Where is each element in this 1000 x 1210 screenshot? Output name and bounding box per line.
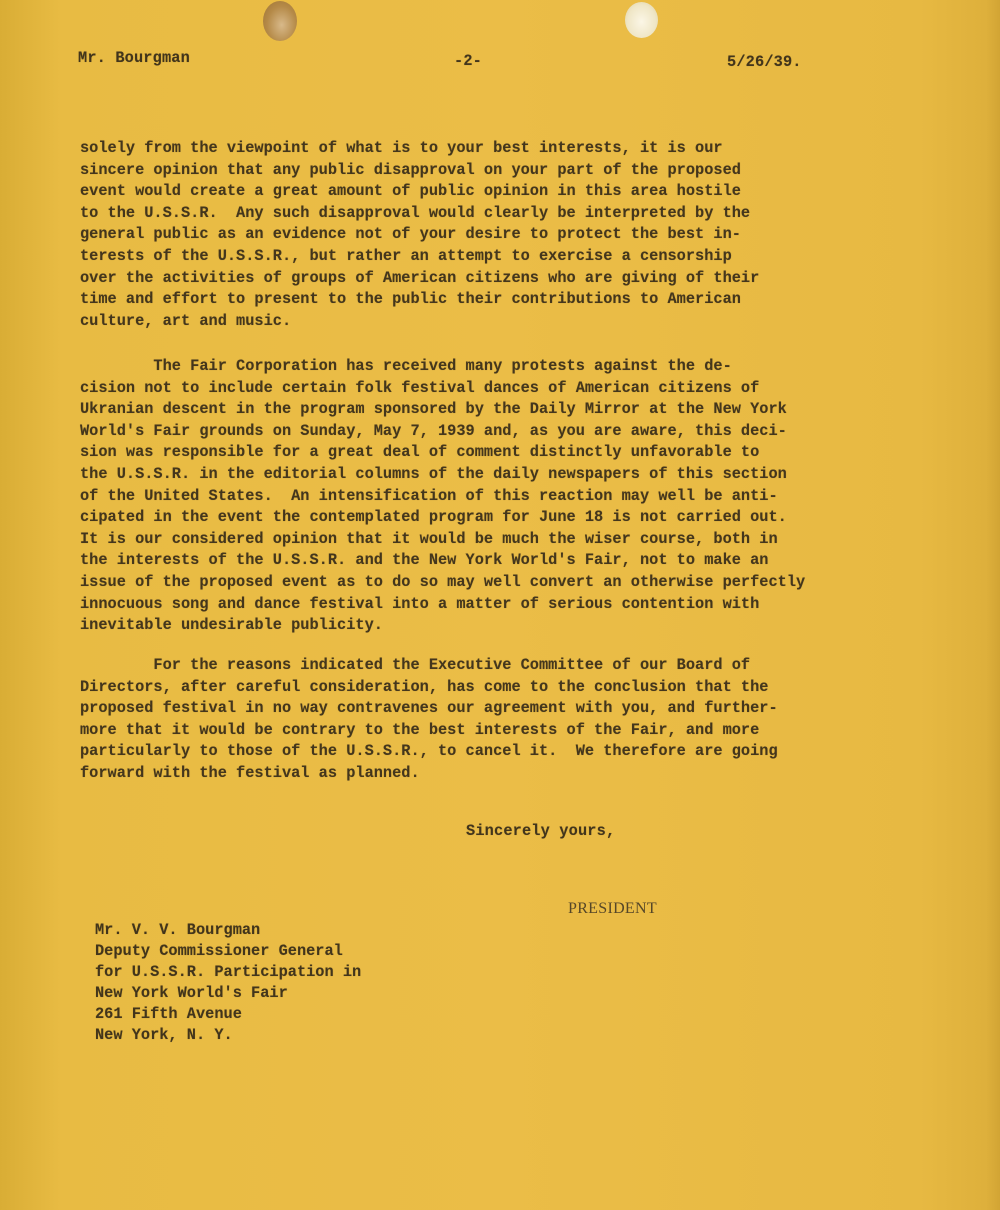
text-line: time and effort to present to the public… bbox=[80, 289, 960, 311]
address-line: Mr. V. V. Bourgman bbox=[95, 920, 361, 941]
text-line: solely from the viewpoint of what is to … bbox=[80, 138, 960, 160]
paragraph-1: solely from the viewpoint of what is to … bbox=[80, 138, 960, 332]
text-line: more that it would be contrary to the be… bbox=[80, 720, 960, 742]
text-line: sincere opinion that any public disappro… bbox=[80, 160, 960, 182]
text-line: terests of the U.S.S.R., but rather an a… bbox=[80, 246, 960, 268]
text-line: culture, art and music. bbox=[80, 311, 960, 333]
text-line: innocuous song and dance festival into a… bbox=[80, 594, 960, 616]
text-line: It is our considered opinion that it wou… bbox=[80, 529, 960, 551]
text-line: cipated in the event the contemplated pr… bbox=[80, 507, 960, 529]
text-line: general public as an evidence not of you… bbox=[80, 224, 960, 246]
text-line: sion was responsible for a great deal of… bbox=[80, 442, 960, 464]
letter-date: 5/26/39. bbox=[727, 53, 802, 71]
address-line: 261 Fifth Avenue bbox=[95, 1004, 361, 1025]
address-line: New York, N. Y. bbox=[95, 1025, 361, 1046]
text-line: the U.S.S.R. in the editorial columns of… bbox=[80, 464, 960, 486]
text-line: For the reasons indicated the Executive … bbox=[80, 655, 960, 677]
text-line: forward with the festival as planned. bbox=[80, 763, 960, 785]
signature-title: PRESIDENT bbox=[568, 900, 657, 918]
text-line: cision not to include certain folk festi… bbox=[80, 378, 960, 400]
address-line: New York World's Fair bbox=[95, 983, 361, 1004]
closing: Sincerely yours, bbox=[466, 822, 615, 840]
text-line: to the U.S.S.R. Any such disapproval wou… bbox=[80, 203, 960, 225]
text-line: of the United States. An intensification… bbox=[80, 486, 960, 508]
text-line: inevitable undesirable publicity. bbox=[80, 615, 960, 637]
address-line: Deputy Commissioner General bbox=[95, 941, 361, 962]
address-line: for U.S.S.R. Participation in bbox=[95, 962, 361, 983]
page-edge-shadow bbox=[986, 0, 1000, 1210]
punch-hole-left bbox=[263, 1, 297, 41]
punch-hole-right bbox=[625, 2, 658, 38]
paragraph-3: For the reasons indicated the Executive … bbox=[80, 655, 960, 785]
text-line: the interests of the U.S.S.R. and the Ne… bbox=[80, 550, 960, 572]
page-number: -2- bbox=[454, 52, 482, 70]
text-line: Directors, after careful consideration, … bbox=[80, 677, 960, 699]
text-line: Ukranian descent in the program sponsore… bbox=[80, 399, 960, 421]
text-line: The Fair Corporation has received many p… bbox=[80, 356, 960, 378]
text-line: issue of the proposed event as to do so … bbox=[80, 572, 960, 594]
text-line: event would create a great amount of pub… bbox=[80, 181, 960, 203]
recipient-address: Mr. V. V. Bourgman Deputy Commissioner G… bbox=[95, 920, 361, 1046]
header-recipient: Mr. Bourgman bbox=[78, 49, 190, 67]
text-line: World's Fair grounds on Sunday, May 7, 1… bbox=[80, 421, 960, 443]
text-line: particularly to those of the U.S.S.R., t… bbox=[80, 741, 960, 763]
paragraph-2: The Fair Corporation has received many p… bbox=[80, 356, 960, 637]
text-line: proposed festival in no way contravenes … bbox=[80, 698, 960, 720]
text-line: over the activities of groups of America… bbox=[80, 268, 960, 290]
